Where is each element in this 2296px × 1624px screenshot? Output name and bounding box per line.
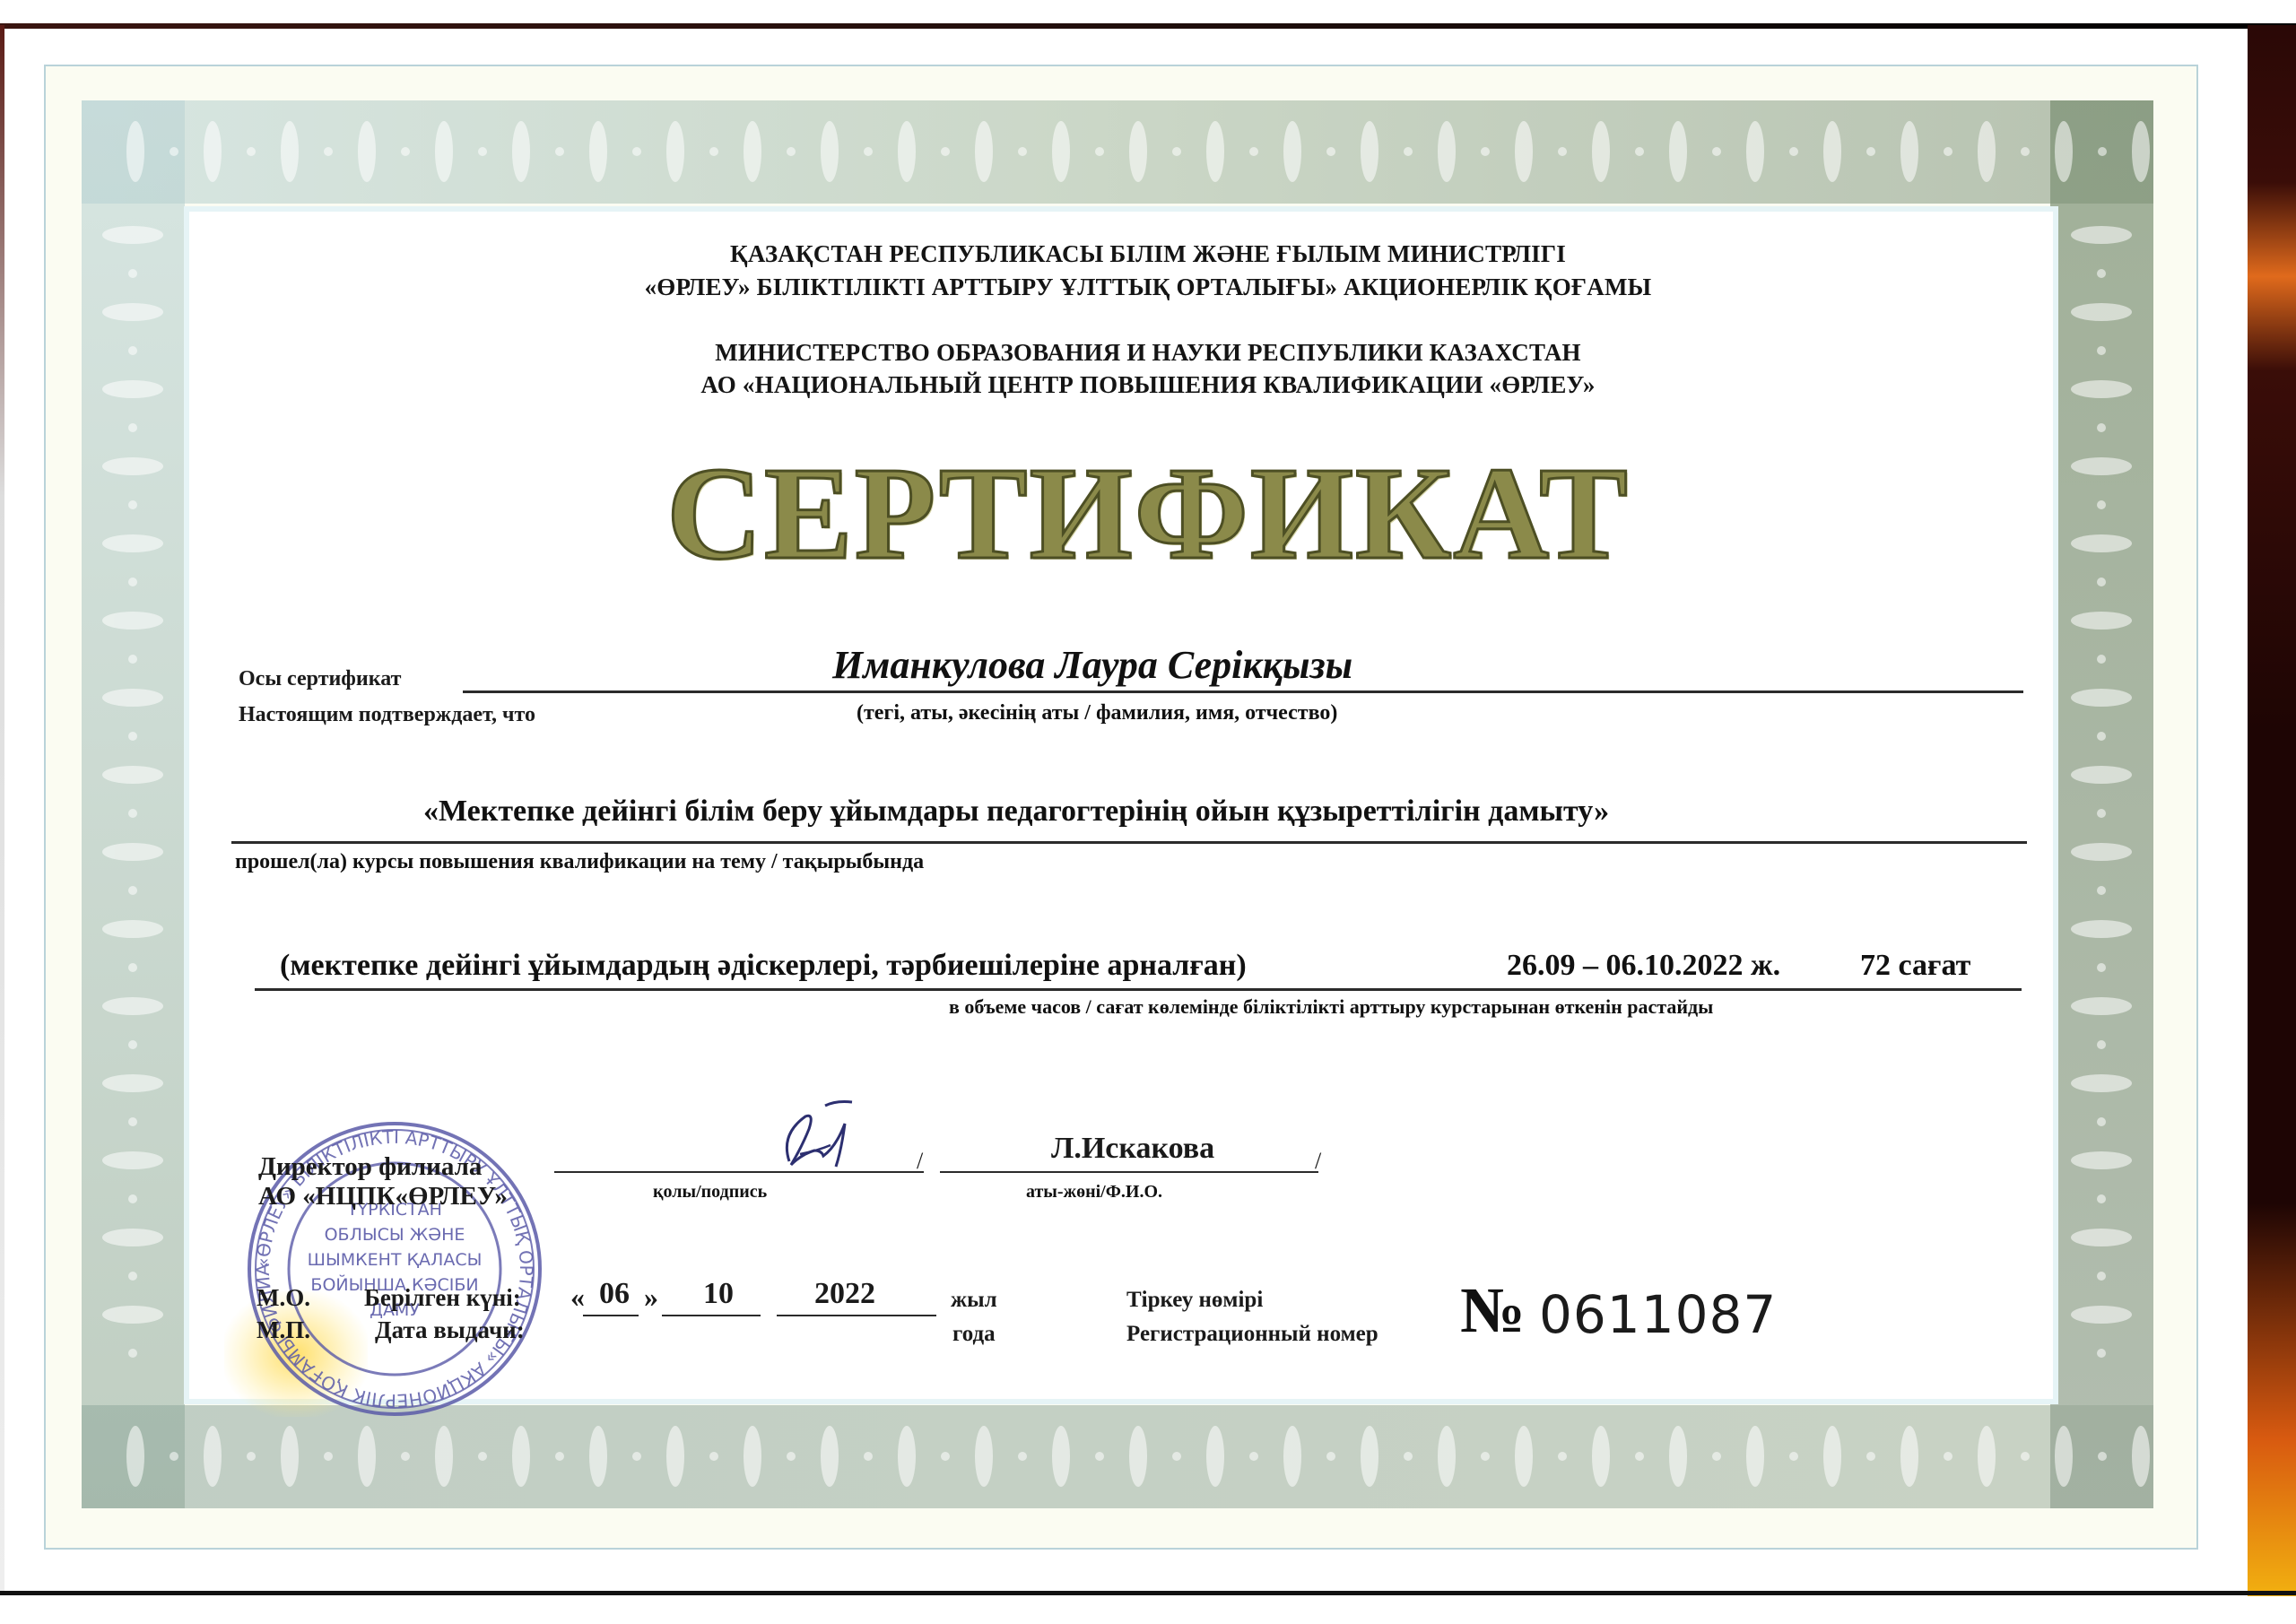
course-hours-label: в объеме часов / сағат көлемінде білікті…	[949, 995, 1713, 1019]
recipient-name-line	[463, 690, 2023, 693]
handwritten-signature-icon	[735, 1090, 888, 1188]
issue-date-label-kz: Берілген күні:	[364, 1284, 521, 1312]
header-kz-line1: ҚАЗАҚСТАН РЕСПУБЛИКАСЫ БІЛІМ ЖӘНЕ ҒЫЛЫМ …	[0, 240, 2296, 268]
svg-text:ОБЛЫСЫ ЖӘНЕ: ОБЛЫСЫ ЖӘНЕ	[325, 1225, 465, 1245]
date-open-quote: «	[570, 1281, 585, 1314]
signer-name: Л.Искакова	[1051, 1132, 1214, 1166]
course-topic-label: прошел(ла) курсы повышения квалификации …	[235, 850, 924, 874]
mp-label-ru: М.П.	[257, 1316, 310, 1344]
registration-label-kz: Тіркеу нөмірі	[1126, 1288, 1263, 1313]
recipient-label-ru: Настоящим подтверждает, что	[239, 703, 535, 727]
number-sign: №	[1460, 1273, 1525, 1348]
mp-label-kz: М.О.	[257, 1284, 310, 1312]
recipient-name: Иманкулова Лаура Серікқызы	[832, 642, 1352, 688]
signer-name-label: аты-жөні/Ф.И.О.	[1026, 1182, 1162, 1203]
year-label-ru: года	[952, 1322, 996, 1347]
recipient-name-hint: (тегі, аты, әкесінің аты / фамилия, имя,…	[857, 701, 1337, 725]
year-label-kz: жыл	[951, 1288, 997, 1313]
header-kz-line2: «ӨРЛЕУ» БІЛІКТІЛІКТІ АРТТЫРУ ҰЛТТЫҚ ОРТА…	[0, 274, 2296, 301]
header-ru-line1: МИНИСТЕРСТВО ОБРАЗОВАНИЯ И НАУКИ РЕСПУБЛ…	[0, 339, 2296, 367]
signature-separator: /	[917, 1148, 923, 1175]
course-dates: 26.09 – 06.10.2022 ж.	[1507, 949, 1780, 983]
registration-number: 0611087	[1539, 1284, 1777, 1345]
issue-month: 10	[703, 1277, 734, 1311]
issue-day-line	[583, 1315, 639, 1316]
signer-name-line	[940, 1171, 1318, 1173]
course-hours: 72 сағат	[1860, 949, 1970, 983]
issue-day: 06	[599, 1277, 630, 1311]
recipient-label-kz: Осы сертификат	[239, 667, 401, 691]
certificate-title: СЕРТИФИКАТ	[0, 438, 2296, 590]
signer-name-separator: /	[1315, 1148, 1321, 1175]
course-topic-line	[231, 841, 2027, 844]
date-close-quote: »	[644, 1281, 658, 1314]
registration-label-ru: Регистрационный номер	[1126, 1322, 1378, 1347]
signature-line	[554, 1171, 924, 1173]
issue-month-line	[662, 1315, 761, 1316]
header-ru-line2: АО «НАЦИОНАЛЬНЫЙ ЦЕНТР ПОВЫШЕНИЯ КВАЛИФИ…	[0, 371, 2296, 399]
photo-bottom-edge	[0, 1591, 2296, 1595]
issue-year-line	[777, 1315, 936, 1316]
course-hours-line	[255, 988, 2022, 991]
signer-position-line2: АО «НЦПК«ӨРЛЕУ»	[258, 1182, 508, 1211]
issue-year: 2022	[814, 1277, 875, 1311]
course-audience: (мектепке дейінгі ұйымдардың әдіскерлері…	[280, 949, 1247, 983]
signature-label: қолы/подпись	[653, 1182, 767, 1203]
course-topic: «Мектепке дейінгі білім беру ұйымдары пе…	[423, 795, 1609, 829]
svg-text:ШЫМКЕНТ ҚАЛАСЫ: ШЫМКЕНТ ҚАЛАСЫ	[308, 1250, 483, 1270]
issue-date-label-ru: Дата выдачи:	[375, 1316, 525, 1344]
signer-position-line1: Директор филиала	[258, 1152, 482, 1182]
